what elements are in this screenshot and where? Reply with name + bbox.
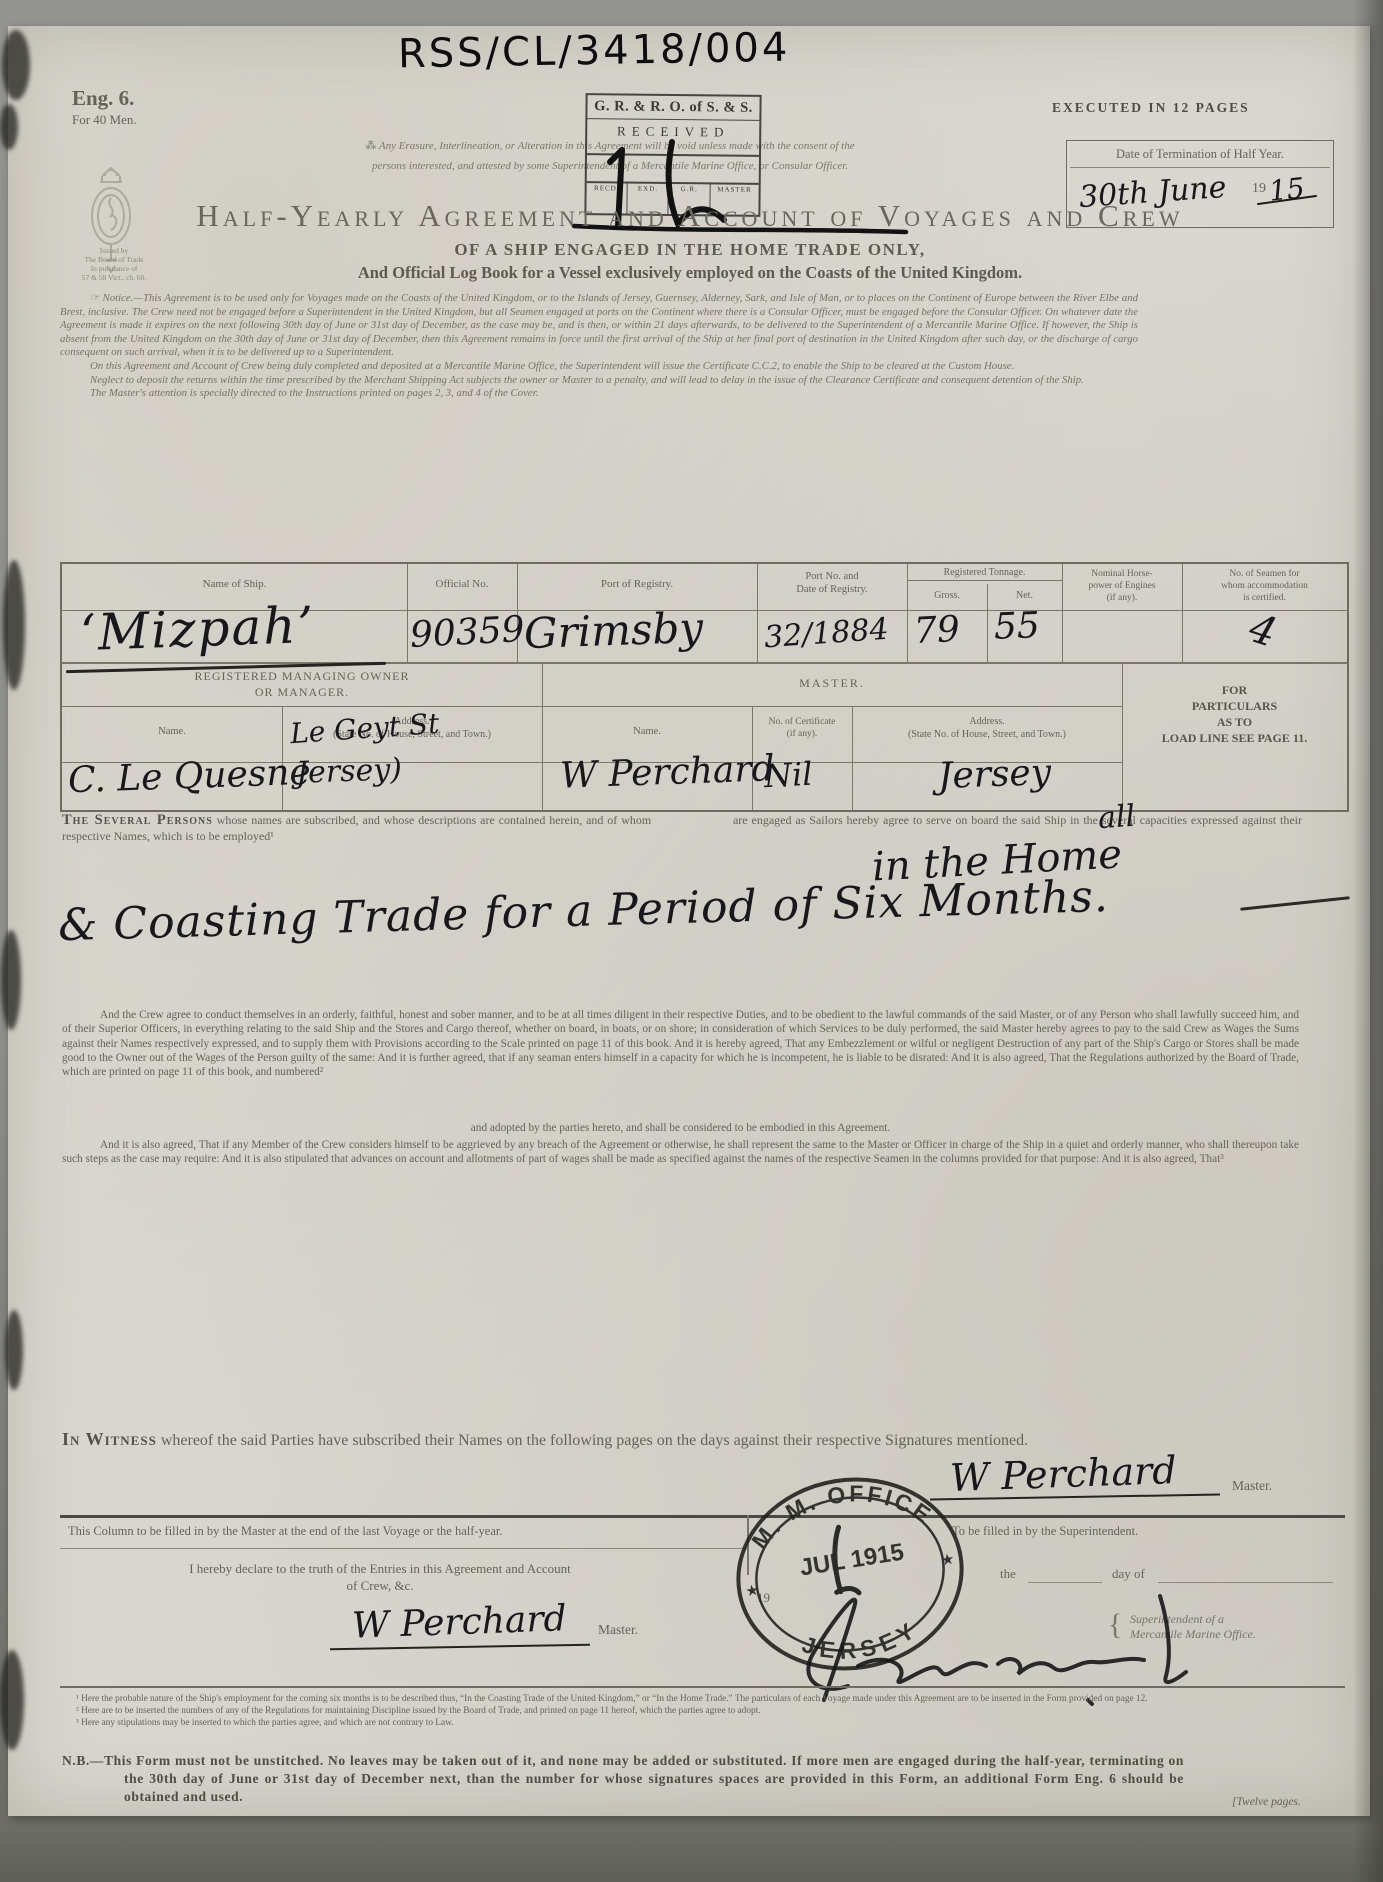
form-for: For 40 Men. — [72, 112, 137, 128]
declaration-master-signature: W Perchard — [351, 1598, 567, 1646]
master-column-header: This Column to be filled in by the Maste… — [68, 1524, 738, 1539]
executed-note: EXECUTED IN 12 PAGES — [1052, 100, 1250, 116]
seamen-count-handwriting: 4 — [1244, 605, 1282, 657]
engagement-all-handwriting: all — [1097, 799, 1136, 837]
section-divider — [60, 1515, 1345, 1518]
witness-lead: In Witness — [62, 1429, 157, 1449]
termination-label: Date of Termination of Half Year. — [1070, 141, 1330, 168]
master-address-header: Address. (State No. of House, Street, an… — [852, 716, 1122, 741]
pages-count-note: [Twelve pages. — [1232, 1796, 1301, 1808]
nb-note: N.B.—This Form must not be unstitched. N… — [62, 1752, 1184, 1806]
master-address-handwriting: Jersey — [937, 752, 1051, 797]
engagement-trade-handwriting: & Coasting Trade for a Period of Six Mon… — [58, 864, 1369, 952]
owner-address-line2-handwriting: Jersey) — [295, 752, 402, 791]
load-line-note: FOR PARTICULARS AS TO LOAD LINE SEE PAGE… — [1122, 682, 1347, 746]
col-header-gross: Gross. — [907, 590, 987, 601]
stamp-star-right: ★ — [940, 1552, 956, 1570]
official-no-handwriting: 90359 — [409, 609, 526, 656]
certificate-handwriting: Nil — [763, 755, 813, 795]
termination-year-printed: 19 — [1252, 181, 1266, 197]
footnotes: ¹ Here the probable nature of the Ship's… — [62, 1693, 1307, 1729]
master-name-header: Name. — [542, 726, 752, 737]
notice-paragraph-3: Neglect to deposit the returns within th… — [60, 374, 1138, 388]
engagement-lead: The Several Persons — [62, 812, 213, 828]
port-registry-handwriting: Grimsby — [523, 603, 704, 658]
engagement-text-1: whose names are subscribed, and whose de… — [217, 813, 652, 827]
owner-address-line1-handwriting: Le Geyt St — [289, 707, 440, 750]
superintendent-column-header: To be filled in by the Superintendent. — [952, 1524, 1332, 1539]
col-header-seamen: No. of Seamen for whom accommodation is … — [1182, 568, 1347, 604]
col-header-ship-name: Name of Ship. — [62, 578, 407, 590]
agreement-centered-line: and adopted by the parties hereto, and s… — [62, 1122, 1299, 1134]
notice-paragraph-2: On this Agreement and Account of Crew be… — [60, 360, 1138, 374]
witness-master-signature: W Perchard — [949, 1448, 1177, 1500]
col-header-official-no: Official No. — [407, 578, 517, 590]
port-no-date-handwriting: 32/1884 — [763, 612, 890, 656]
footnote-2: ² Here are to be inserted the numbers of… — [62, 1705, 1307, 1717]
grievance-paragraph: And it is also agreed, That if any Membe… — [62, 1138, 1299, 1167]
net-tonnage-handwriting: 55 — [993, 605, 1040, 648]
document-subtitle2: And Official Log Book for a Vessel exclu… — [100, 263, 1280, 283]
witness-text: whereof the said Parties have subscribed… — [161, 1432, 1028, 1449]
handwritten-page-count-and-strike — [560, 128, 940, 258]
master-band-header: MASTER. — [542, 676, 1122, 691]
footnote-3: ³ Here any stipulations may be inserted … — [62, 1717, 1307, 1729]
owner-name-handwriting: C. Le Quesne — [67, 752, 311, 801]
form-number: Eng. 6. — [72, 86, 134, 111]
witness-master-label: Master. — [1232, 1478, 1272, 1494]
ship-particulars-table: Name of Ship. Official No. Port of Regis… — [60, 562, 1349, 812]
left-column-rule — [60, 1548, 747, 1549]
notice-paragraph-1: ☞ Notice.—This Agreement is to be used o… — [60, 292, 1138, 360]
witness-paragraph: In Witness whereof the said Parties have… — [62, 1428, 1302, 1452]
scanned-document: RSS/CL/3418/004 Eng. 6. For 40 Men. Issu… — [0, 0, 1383, 1882]
owner-band-header: REGISTERED MANAGING OWNER OR MANAGER. — [62, 668, 542, 700]
owner-name-header: Name. — [62, 726, 282, 737]
received-stamp-org: G. R. & R. O. of S. & S. — [587, 95, 759, 121]
stamp-star-left: ★ — [744, 1583, 760, 1601]
archive-reference: RSS/CL/3418/004 — [398, 25, 791, 78]
col-header-port-registry: Port of Registry. — [517, 578, 757, 590]
certificate-header: No. of Certificate (if any). — [752, 716, 852, 740]
master-name-handwriting: W Perchard — [559, 748, 775, 796]
notice-paragraph-4: The Master's attention is specially dire… — [60, 387, 1138, 401]
col-header-tonnage: Registered Tonnage. — [907, 567, 1062, 581]
col-header-horsepower: Nominal Horse- power of Engines (if any)… — [1062, 568, 1182, 604]
col-header-net: Net. — [987, 590, 1062, 601]
declaration-text: I hereby declare to the truth of the Ent… — [95, 1560, 665, 1594]
col-header-port-no-date: Port No. and Date of Registry. — [757, 570, 907, 596]
declaration-master-label: Master. — [598, 1622, 638, 1638]
footnote-1: ¹ Here the probable nature of the Ship's… — [62, 1693, 1307, 1705]
footnote-divider — [60, 1686, 1345, 1688]
document-subtitle: OF A SHIP ENGAGED IN THE HOME TRADE ONLY… — [100, 240, 1280, 260]
ship-name-handwriting: ‘Mizpah’ — [79, 596, 316, 662]
document-title: Half-Yearly Agreement and Account of Voy… — [100, 198, 1280, 234]
gross-tonnage-handwriting: 79 — [913, 609, 961, 652]
notice-block: ☞ Notice.—This Agreement is to be used o… — [60, 292, 1138, 401]
crew-agreement-paragraph: And the Crew agree to conduct themselves… — [62, 1008, 1299, 1079]
